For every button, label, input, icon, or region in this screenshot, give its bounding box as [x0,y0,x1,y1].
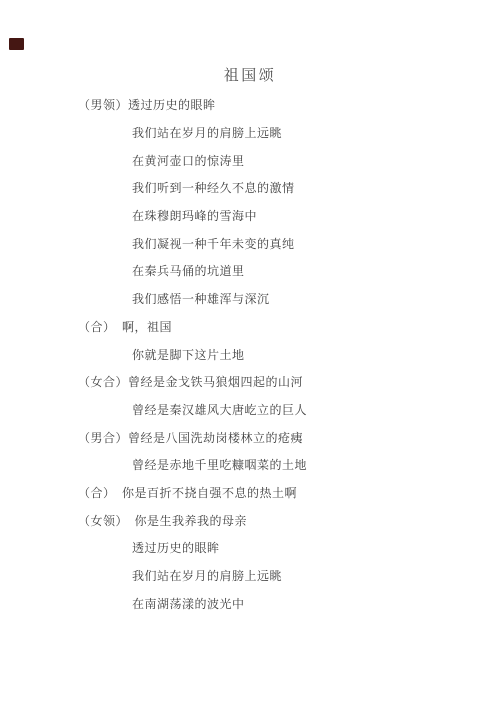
verse-line: （女领） 你是生我养我的母亲 [78,506,500,534]
document-title: 祖国颂 [0,64,500,85]
verse-text: 透过历史的眼眸 [128,96,216,113]
verse-text: 在南湖荡漾的波光中 [132,595,245,612]
verse-text: 透过历史的眼眸 [132,539,220,556]
verse-text: 你就是脚下这片土地 [132,346,245,363]
verse-line: 我们凝视一种千年未变的真纯 [78,229,500,257]
verse-text: 我们站在岁月的肩膀上远眺 [132,567,282,584]
verse-text: 你是生我养我的母亲 [135,512,248,529]
document-page: 祖国颂 （男领） 透过历史的眼眸 我们站在岁月的肩膀上远眺 在黄河壶口的惊涛里 … [0,0,500,708]
verse-line: 你就是脚下这片土地 [78,340,500,368]
verse-line: 我们听到一种经久不息的激情 [78,174,500,202]
verse-line: 在秦兵马俑的坑道里 [78,257,500,285]
verse-line: 我们站在岁月的肩膀上远眺 [78,562,500,590]
verse-text: 在黄河壶口的惊涛里 [132,152,245,169]
verse-text: 啊，祖国 [122,318,172,335]
role-label: （合） [78,484,122,501]
verse-line: （合） 啊，祖国 [78,313,500,341]
verse-text: 在秦兵马俑的坑道里 [132,262,245,279]
verse-line: （合） 你是百折不挠自强不息的热土啊 [78,479,500,507]
verse-text: 你是百折不挠自强不息的热土啊 [122,484,297,501]
verse-line: 曾经是秦汉雄风大唐屹立的巨人 [78,396,500,424]
role-label: （女领） [78,512,135,529]
verse-text: 我们听到一种经久不息的激情 [132,179,295,196]
verse-text: 我们站在岁月的肩膀上远眺 [132,124,282,141]
verse-text: 曾经是赤地千里吃糠咽菜的土地 [132,456,307,473]
poem-body: （男领） 透过历史的眼眸 我们站在岁月的肩膀上远眺 在黄河壶口的惊涛里 我们听到… [78,91,500,617]
verse-text: 曾经是金戈铁马狼烟四起的山河 [128,373,303,390]
role-label: （女合） [78,373,128,390]
verse-line: 我们站在岁月的肩膀上远眺 [78,119,500,147]
verse-text: 我们凝视一种千年未变的真纯 [132,235,295,252]
verse-text: 曾经是八国洗劫岗楼林立的疮痍 [128,429,303,446]
verse-line: 在黄河壶口的惊涛里 [78,146,500,174]
verse-line: 透过历史的眼眸 [78,534,500,562]
verse-text: 我们感悟一种雄浑与深沉 [132,290,270,307]
verse-line: 在南湖荡漾的波光中 [78,589,500,617]
role-label: （合） [78,318,122,335]
verse-line: （男领） 透过历史的眼眸 [78,91,500,119]
verse-line: 我们感悟一种雄浑与深沉 [78,285,500,313]
role-label: （男领） [78,96,128,113]
verse-text: 曾经是秦汉雄风大唐屹立的巨人 [132,401,307,418]
verse-line: （男合） 曾经是八国洗劫岗楼林立的疮痍 [78,423,500,451]
corner-watermark-mark [9,38,24,50]
verse-text: 在珠穆朗玛峰的雪海中 [132,207,257,224]
verse-line: （女合） 曾经是金戈铁马狼烟四起的山河 [78,368,500,396]
verse-line: 曾经是赤地千里吃糠咽菜的土地 [78,451,500,479]
verse-line: 在珠穆朗玛峰的雪海中 [78,202,500,230]
role-label: （男合） [78,429,128,446]
